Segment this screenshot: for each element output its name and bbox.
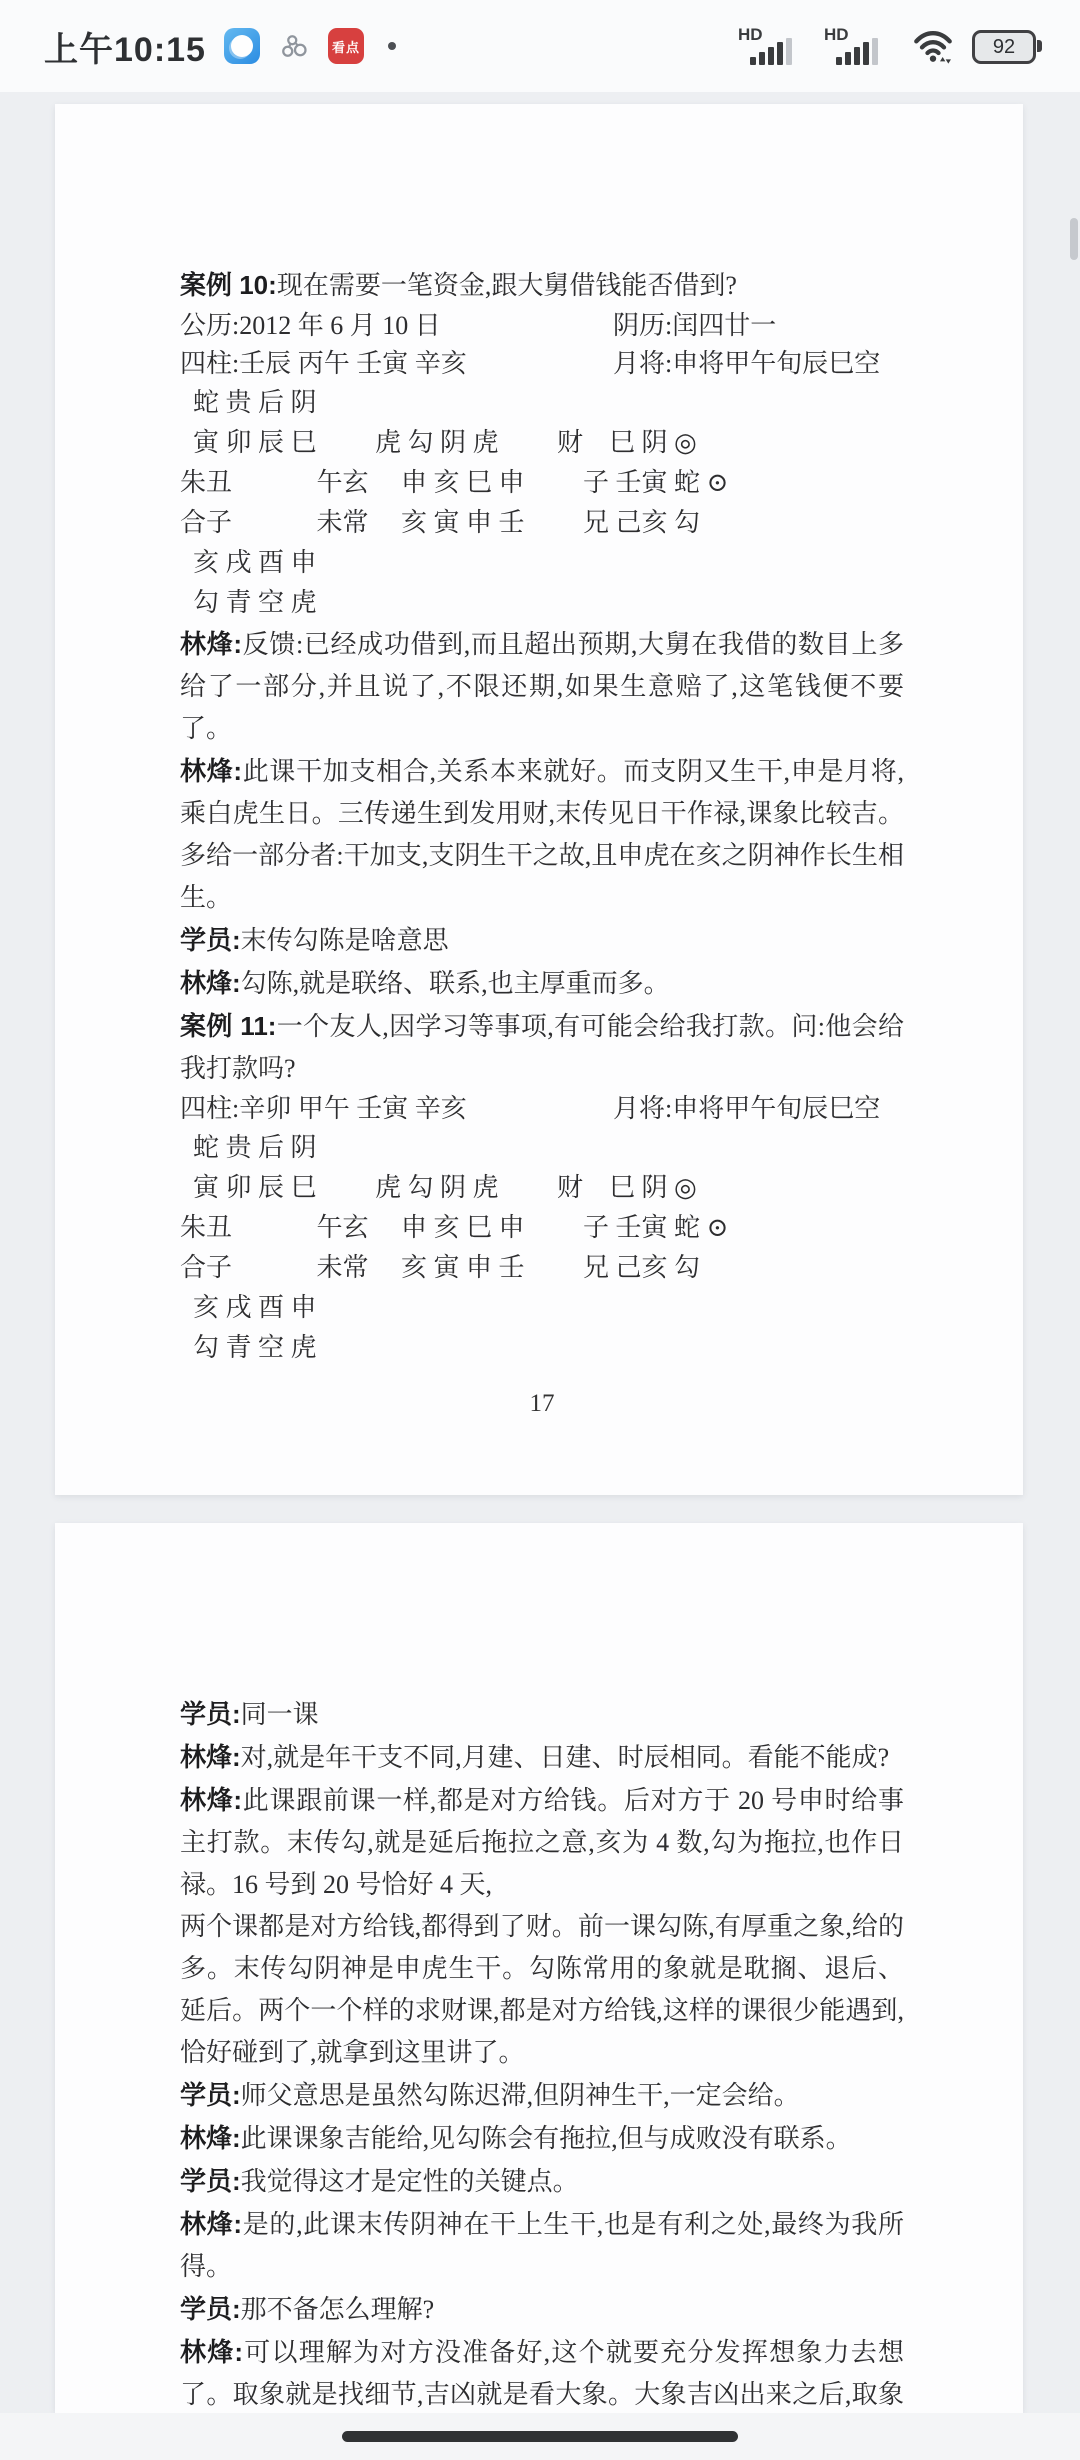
- kandian-app-icon: 看点: [328, 28, 364, 64]
- kandian-app-label: 看点: [332, 37, 360, 56]
- notification-overflow-dot: [388, 42, 396, 50]
- meta-right: 月将:申将甲午旬辰巳空: [613, 345, 909, 383]
- case-number-label: 案例 11:: [180, 1011, 276, 1041]
- clock: 上午10:15: [44, 22, 206, 71]
- meta-left: 公历:2012 年 6 月 10 日: [180, 307, 613, 345]
- speaker-label: 林烽:: [180, 629, 242, 659]
- meta-left: 四柱:壬辰 丙午 壬寅 辛亥: [180, 345, 613, 383]
- speaker-label: 林烽:: [180, 2209, 242, 2239]
- meta-left: 四柱:辛卯 甲午 壬寅 辛亥: [180, 1090, 613, 1128]
- liuren-pan-grid: 蛇 贵 后 阴 寅 卯 辰 巳 虎 勾 阴 虎 财 巳 阴 ◎朱丑 午玄 申 亥…: [180, 1128, 909, 1368]
- dialog-paragraph: 林烽:此课跟前课一样,都是对方给钱。后对方于 20 号申时给事主打款。末传勾,就…: [180, 1779, 904, 1906]
- scrollbar-thumb[interactable]: [1070, 218, 1078, 260]
- case-number-label: 案例 10:: [180, 270, 277, 300]
- dialog-paragraph: 两个课都是对方给钱,都得到了财。前一课勾陈,有厚重之象,给的多。末传勾阴神是申虎…: [180, 1906, 904, 2074]
- speaker-label: 林烽:: [180, 2123, 241, 2153]
- dialog-paragraph: 林烽:此课干加支相合,关系本来就好。而支阴又生干,申是月将,乘白虎生日。三传递生…: [180, 750, 904, 919]
- dialog-paragraph: 林烽:对,就是年干支不同,月建、日建、时辰相同。看能不能成?: [180, 1736, 904, 1779]
- dialog-paragraph: 学员:师父意思是虽然勾陈迟滞,但阴神生干,一定会给。: [180, 2074, 904, 2117]
- speaker-label: 学员:: [180, 2294, 241, 2324]
- document-page-1[interactable]: 案例 10:现在需要一笔资金,跟大舅借钱能否借到?公历:2012 年 6 月 1…: [55, 104, 1023, 1495]
- pan-grid-line: 蛇 贵 后 阴: [180, 383, 909, 423]
- pan-grid-line: 寅 卯 辰 巳 虎 勾 阴 虎 财 巳 阴 ◎: [180, 1168, 909, 1208]
- meta-line: 公历:2012 年 6 月 10 日阴历:闰四廿一: [180, 307, 909, 345]
- speaker-label: 学员:: [180, 2166, 241, 2196]
- phone-screen: 上午10:15 看点 HD HD: [0, 0, 1080, 2460]
- meta-right: 阴历:闰四廿一: [613, 307, 909, 345]
- pan-grid-line: 亥 戌 酉 申: [180, 543, 909, 583]
- document-page-2[interactable]: 学员:同一课林烽:对,就是年干支不同,月建、日建、时辰相同。看能不能成?林烽:此…: [55, 1523, 1023, 2413]
- pan-grid-line: 合子 未常 亥 寅 申 壬 兄 己亥 勾: [180, 503, 909, 543]
- status-bar-right: HD HD 92: [738, 25, 1036, 67]
- pan-grid-line: 勾 青 空 虎: [180, 1328, 909, 1368]
- battery-indicator: 92: [972, 30, 1036, 64]
- pan-grid-line: 寅 卯 辰 巳 虎 勾 阴 虎 财 巳 阴 ◎: [180, 423, 909, 463]
- dialog-paragraph: 学员:末传勾陈是啥意思: [180, 919, 904, 962]
- dialog-paragraph: 林烽:此课课象吉能给,见勾陈会有拖拉,但与成败没有联系。: [180, 2117, 904, 2160]
- wifi-icon: [910, 27, 956, 67]
- pan-grid-line: 蛇 贵 后 阴: [180, 1128, 909, 1168]
- pan-grid-line: 合子 未常 亥 寅 申 壬 兄 己亥 勾: [180, 1248, 909, 1288]
- dialog-paragraph: 学员:那不备怎么理解?: [180, 2288, 904, 2331]
- dialog-paragraph: 林烽:是的,此课末传阴神在干上生干,也是有利之处,最终为我所得。: [180, 2203, 904, 2288]
- speaker-label: 林烽:: [180, 968, 241, 998]
- speaker-label: 林烽:: [180, 2337, 243, 2367]
- sim2-signal-icon: HD: [824, 25, 894, 67]
- dialog-paragraph: 林烽:可以理解为对方没准备好,这个就要充分发挥想象力去想了。取象就是找细节,吉凶…: [180, 2331, 904, 2413]
- dialog-paragraph: 林烽:反馈:已经成功借到,而且超出预期,大舅在我借的数目上多给了一部分,并且说了…: [180, 623, 904, 750]
- speaker-label: 学员:: [180, 2080, 241, 2110]
- dialog-paragraph: 林烽:勾陈,就是联络、联系,也主厚重而多。: [180, 962, 904, 1005]
- case-title: 案例 10:现在需要一笔资金,跟大舅借钱能否借到?: [180, 264, 904, 307]
- page-number: 17: [180, 1390, 904, 1418]
- meta-right: 月将:申将甲午旬辰巳空: [613, 1090, 909, 1128]
- case-title: 案例 11:一个友人,因学习等事项,有可能会给我打款。问:他会给我打款吗?: [180, 1005, 904, 1090]
- speaker-label: 林烽:: [180, 1742, 241, 1772]
- pan-grid-line: 朱丑 午玄 申 亥 巳 申 子 壬寅 蛇 ⊙: [180, 463, 909, 503]
- browser-app-icon: [224, 28, 260, 64]
- sim1-signal-bars: [750, 38, 792, 65]
- status-bar: 上午10:15 看点 HD HD: [0, 0, 1080, 92]
- speaker-label: 学员:: [180, 1699, 241, 1729]
- sim1-signal-icon: HD: [738, 25, 808, 67]
- speaker-label: 学员:: [180, 925, 241, 955]
- liuren-pan-grid: 蛇 贵 后 阴 寅 卯 辰 巳 虎 勾 阴 虎 财 巳 阴 ◎朱丑 午玄 申 亥…: [180, 383, 909, 623]
- battery-percent: 92: [993, 36, 1015, 59]
- pan-grid-line: 亥 戌 酉 申: [180, 1288, 909, 1328]
- meta-line: 四柱:壬辰 丙午 壬寅 辛亥月将:申将甲午旬辰巳空: [180, 345, 909, 383]
- dialog-paragraph: 学员:同一课: [180, 1693, 904, 1736]
- sim2-signal-bars: [836, 38, 878, 65]
- dialog-paragraph: 学员:我觉得这才是定性的关键点。: [180, 2160, 904, 2203]
- pan-grid-line: 勾 青 空 虎: [180, 583, 909, 623]
- browser-app-glyph: [231, 35, 253, 57]
- pan-grid-line: 朱丑 午玄 申 亥 巳 申 子 壬寅 蛇 ⊙: [180, 1208, 909, 1248]
- meta-line: 四柱:辛卯 甲午 壬寅 辛亥月将:申将甲午旬辰巳空: [180, 1090, 909, 1128]
- cloud-share-icon: [278, 31, 310, 61]
- home-indicator[interactable]: [342, 2431, 738, 2442]
- speaker-label: 林烽:: [180, 1785, 242, 1815]
- status-bar-left: 上午10:15 看点: [44, 22, 396, 71]
- speaker-label: 林烽:: [180, 756, 242, 786]
